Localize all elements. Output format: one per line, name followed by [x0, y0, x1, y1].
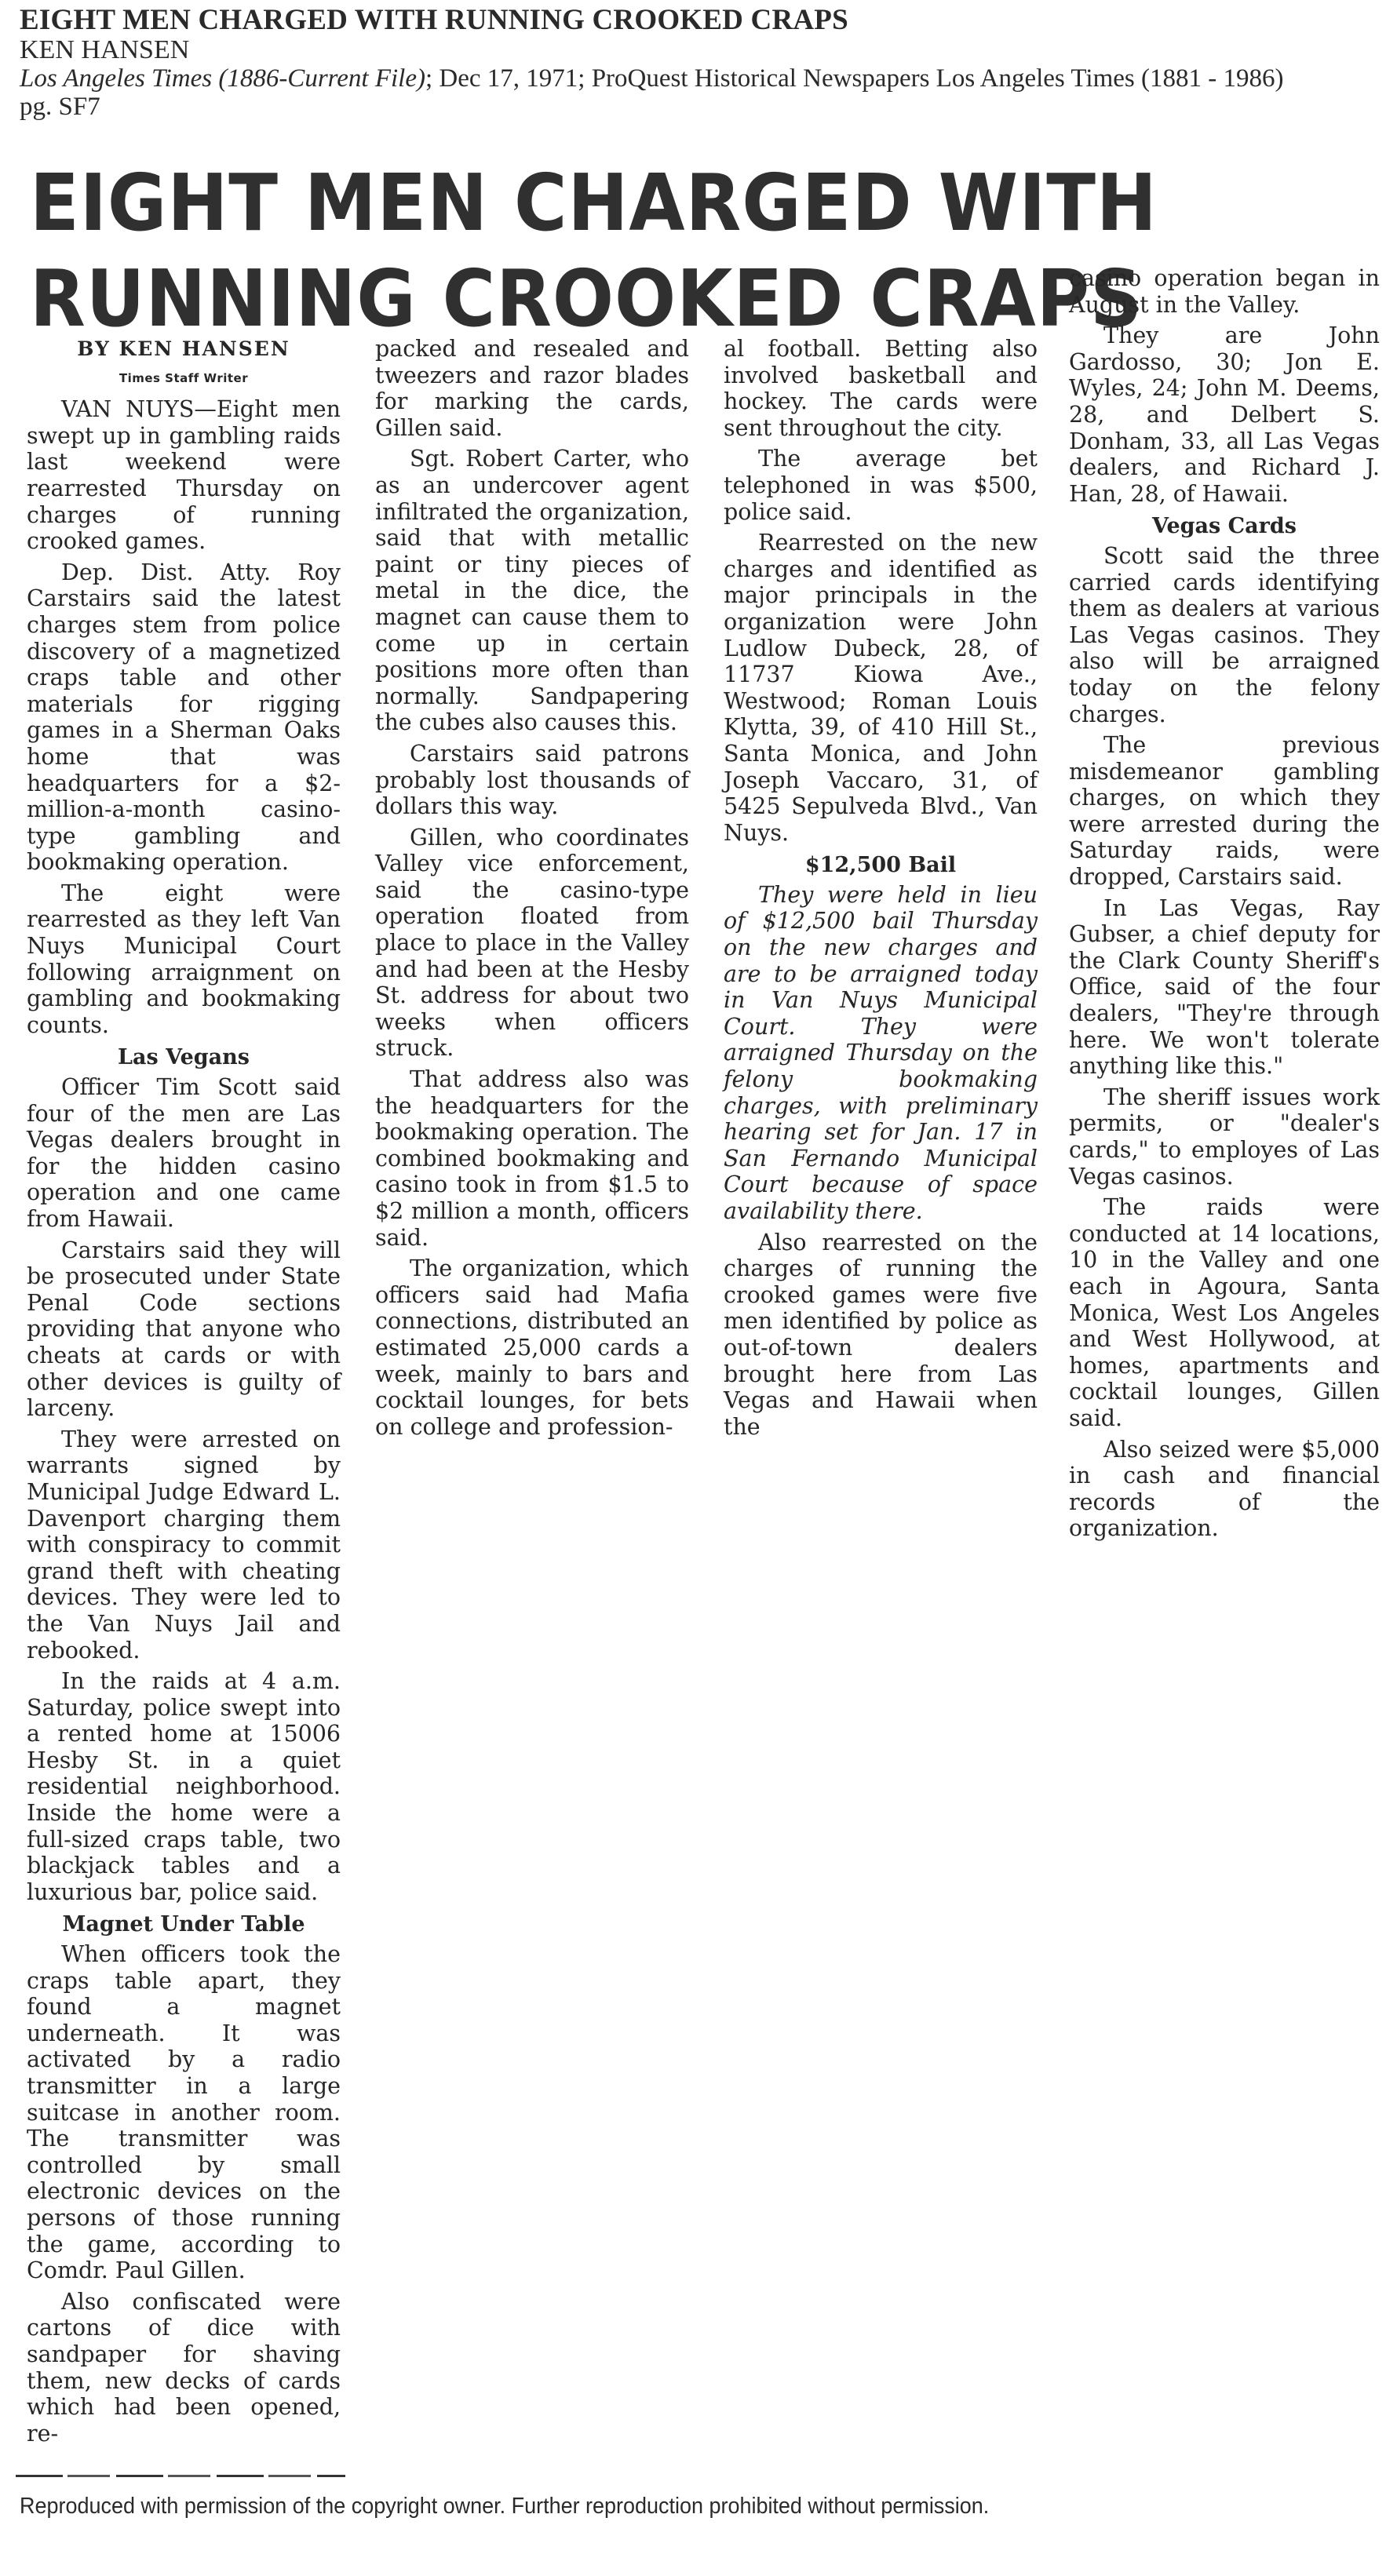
byline: BY KEN HANSEN — [27, 336, 341, 363]
subheading: Magnet Under Table — [27, 1911, 341, 1938]
paragraph: The raids were conducted at 14 locations… — [1069, 1194, 1380, 1431]
paragraph: Carstairs said patrons probably lost tho… — [375, 741, 689, 820]
headline-line-2: RUNNING CROOKED CRAPS — [30, 251, 910, 347]
paragraph: The eight were rearrested as they left V… — [27, 880, 341, 1039]
paragraph: Also seized were $5,000 in cash and fina… — [1069, 1437, 1380, 1542]
column-2-body: packed and resealed and tweezers and raz… — [375, 336, 689, 1440]
paragraph: The sheriff issues work permits, or "dea… — [1069, 1084, 1380, 1190]
citation-author: KEN HANSEN — [20, 36, 1283, 64]
paragraph: They were arrested on warrants signed by… — [27, 1426, 341, 1663]
paragraph: VAN NUYS—Eight men swept up in gambling … — [27, 396, 341, 555]
citation-publication: Los Angeles Times (1886-Current File) — [20, 64, 425, 93]
paragraph: Carstairs said they will be prosecuted u… — [27, 1237, 341, 1422]
citation-details: ; Dec 17, 1971; ProQuest Historical News… — [425, 64, 1283, 93]
paragraph: Also confiscated were cartons of dice wi… — [27, 2289, 341, 2447]
citation-header: EIGHT MEN CHARGED WITH RUNNING CROOKED C… — [20, 5, 1283, 121]
article-end-rule — [16, 2475, 345, 2477]
subheading: Las Vegans — [27, 1044, 341, 1071]
citation-page: pg. SF7 — [20, 93, 1283, 121]
paragraph: They were held in lieu of $12,500 bail T… — [724, 882, 1038, 1225]
column-1-body: VAN NUYS—Eight men swept up in gambling … — [27, 396, 341, 2447]
paragraph: They are John Gardosso, 30; Jon E. Wyles… — [1069, 322, 1380, 507]
citation-source: Los Angeles Times (1886-Current File); D… — [20, 64, 1283, 93]
paragraph: In Las Vegas, Ray Gubser, a chief deputy… — [1069, 895, 1380, 1080]
column-3-body: al football. Betting also involved baske… — [724, 336, 1038, 1440]
article-column-4: casino operation began in August in the … — [1069, 265, 1380, 1547]
paragraph: The average bet telephoned in was $500, … — [724, 446, 1038, 525]
article-column-1: BY KEN HANSEN Times Staff Writer VAN NUY… — [27, 336, 341, 2451]
paragraph-continued: al football. Betting also involved baske… — [724, 336, 1038, 441]
paragraph: Officer Tim Scott said four of the men a… — [27, 1074, 341, 1233]
paragraph: When officers took the craps table apart… — [27, 1941, 341, 2284]
paragraph: Dep. Dist. Atty. Roy Carstairs said the … — [27, 559, 341, 876]
paragraph: Also rearrested on the charges of runnin… — [724, 1230, 1038, 1441]
paragraph: That address also was the headquarters f… — [375, 1066, 689, 1251]
paragraph: The organization, which officers said ha… — [375, 1255, 689, 1440]
paragraph: Sgt. Robert Carter, who as an undercover… — [375, 446, 689, 736]
paragraph: Rearrested on the new charges and identi… — [724, 530, 1038, 846]
staff-label: Times Staff Writer — [27, 366, 341, 392]
paragraph: The previous misdemeanor gambling charge… — [1069, 732, 1380, 891]
article-column-2: packed and resealed and tweezers and raz… — [375, 336, 689, 1445]
paragraph: In the raids at 4 a.m. Saturday, police … — [27, 1668, 341, 1905]
paragraph-continued: casino operation began in August in the … — [1069, 265, 1380, 318]
article-column-3: al football. Betting also involved baske… — [724, 336, 1038, 1445]
copyright-notice: Reproduced with permission of the copyri… — [20, 2494, 989, 2520]
column-4-body: casino operation began in August in the … — [1069, 265, 1380, 1542]
paragraph: Gillen, who coordinates Valley vice enfo… — [375, 825, 689, 1062]
article-headline: EIGHT MEN CHARGED WITH RUNNING CROOKED C… — [30, 155, 910, 347]
paragraph: Scott said the three carried cards ident… — [1069, 543, 1380, 727]
headline-line-1: EIGHT MEN CHARGED WITH — [30, 155, 910, 251]
subheading: $12,500 Bail — [724, 852, 1038, 879]
subheading: Vegas Cards — [1069, 513, 1380, 540]
paragraph-continued: packed and resealed and tweezers and raz… — [375, 336, 689, 441]
citation-title: EIGHT MEN CHARGED WITH RUNNING CROOKED C… — [20, 5, 1283, 36]
